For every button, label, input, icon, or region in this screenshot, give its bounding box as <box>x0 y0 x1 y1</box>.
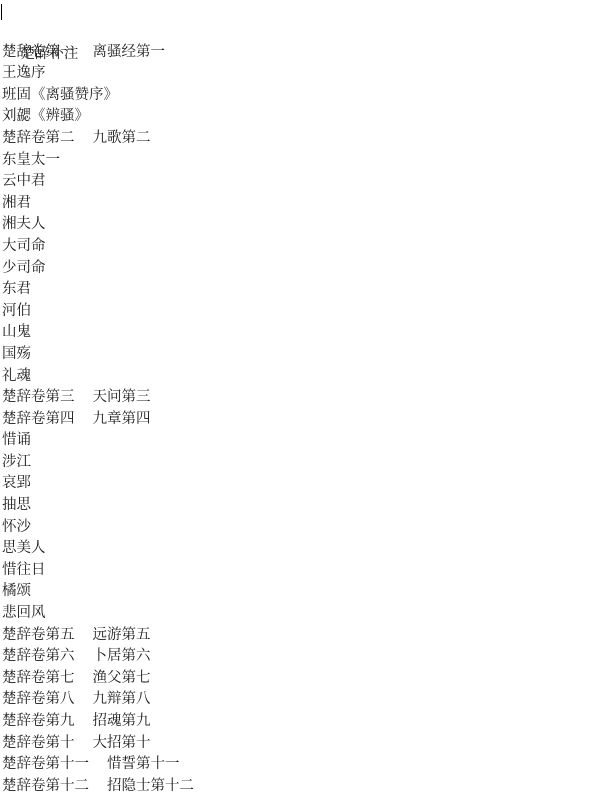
chapter-label: 离骚经第一 <box>93 44 166 60</box>
section-line[interactable]: 云中君 <box>2 171 600 193</box>
section-label: 刘勰《辨骚》 <box>2 108 89 124</box>
volume-heading-line[interactable]: 楚辞卷第六卜居第六 <box>2 646 600 668</box>
volume-label: 楚辞卷第六 <box>2 648 75 664</box>
chapter-label: 九章第四 <box>93 411 151 427</box>
section-line[interactable]: 山鬼 <box>2 322 600 344</box>
document-body[interactable]: 楚辞补注 楚辞卷第一离骚经第一王逸序班固《离骚赞序》刘勰《辨骚》楚辞卷第二九歌第… <box>0 0 600 797</box>
section-label: 抽思 <box>2 497 31 513</box>
section-label: 湘君 <box>2 195 31 211</box>
section-line[interactable]: 惜诵 <box>2 430 600 452</box>
section-line[interactable]: 东君 <box>2 279 600 301</box>
section-line[interactable]: 悲回风 <box>2 603 600 625</box>
section-label: 橘颂 <box>2 583 31 599</box>
section-label: 悲回风 <box>2 605 46 621</box>
volume-heading-line[interactable]: 楚辞卷第十二招隐士第十二 <box>2 776 600 798</box>
section-label: 少司命 <box>2 260 46 276</box>
volume-heading-line[interactable]: 楚辞卷第七渔父第七 <box>2 668 600 690</box>
volume-heading-line[interactable]: 楚辞卷第八九辩第八 <box>2 689 600 711</box>
section-label: 班固《离骚赞序》 <box>2 87 118 103</box>
volume-label: 楚辞卷第十二 <box>2 778 89 794</box>
section-label: 国殇 <box>2 346 31 362</box>
section-line[interactable]: 东皇太一 <box>2 150 600 172</box>
section-line[interactable]: 大司命 <box>2 236 600 258</box>
section-label: 云中君 <box>2 173 46 189</box>
section-label: 哀郢 <box>2 475 31 491</box>
section-label: 东君 <box>2 281 31 297</box>
section-line[interactable]: 怀沙 <box>2 517 600 539</box>
chapter-label: 惜誓第十一 <box>107 756 180 772</box>
volume-heading-line[interactable]: 楚辞卷第一离骚经第一 <box>2 42 600 64</box>
section-label: 惜往日 <box>2 562 46 578</box>
section-label: 东皇太一 <box>2 152 60 168</box>
section-line[interactable]: 班固《离骚赞序》 <box>2 85 600 107</box>
section-label: 王逸序 <box>2 65 46 81</box>
section-line[interactable]: 刘勰《辨骚》 <box>2 106 600 128</box>
section-line[interactable]: 涉江 <box>2 452 600 474</box>
volume-heading-line[interactable]: 楚辞卷第五远游第五 <box>2 625 600 647</box>
volume-heading-line[interactable]: 楚辞卷第十大招第十 <box>2 733 600 755</box>
volume-label: 楚辞卷第十 <box>2 735 75 751</box>
toc-lines: 楚辞卷第一离骚经第一王逸序班固《离骚赞序》刘勰《辨骚》楚辞卷第二九歌第二东皇太一… <box>2 42 600 798</box>
chapter-label: 渔父第七 <box>93 670 151 686</box>
blank-line <box>2 23 600 42</box>
chapter-label: 招魂第九 <box>93 713 151 729</box>
section-line[interactable]: 少司命 <box>2 258 600 280</box>
section-line[interactable]: 湘君 <box>2 193 600 215</box>
volume-label: 楚辞卷第五 <box>2 627 75 643</box>
volume-label: 楚辞卷第一 <box>2 44 75 60</box>
chapter-label: 大招第十 <box>93 735 151 751</box>
chapter-label: 招隐士第十二 <box>107 778 194 794</box>
section-label: 礼魂 <box>2 368 31 384</box>
volume-heading-line[interactable]: 楚辞卷第三天问第三 <box>2 387 600 409</box>
volume-label: 楚辞卷第九 <box>2 713 75 729</box>
chapter-label: 九辩第八 <box>93 691 151 707</box>
volume-heading-line[interactable]: 楚辞卷第二九歌第二 <box>2 128 600 150</box>
volume-heading-line[interactable]: 楚辞卷第十一惜誓第十一 <box>2 754 600 776</box>
section-label: 思美人 <box>2 540 46 556</box>
section-line[interactable]: 礼魂 <box>2 366 600 388</box>
section-line[interactable]: 河伯 <box>2 301 600 323</box>
document-title-line[interactable]: 楚辞补注 <box>2 1 600 23</box>
section-line[interactable]: 抽思 <box>2 495 600 517</box>
section-line[interactable]: 橘颂 <box>2 581 600 603</box>
section-line[interactable]: 王逸序 <box>2 63 600 85</box>
section-line[interactable]: 思美人 <box>2 538 600 560</box>
volume-heading-line[interactable]: 楚辞卷第九招魂第九 <box>2 711 600 733</box>
section-line[interactable]: 湘夫人 <box>2 214 600 236</box>
section-label: 怀沙 <box>2 519 31 535</box>
volume-label: 楚辞卷第三 <box>2 389 75 405</box>
section-line[interactable]: 国殇 <box>2 344 600 366</box>
chapter-label: 远游第五 <box>93 627 151 643</box>
section-label: 大司命 <box>2 238 46 254</box>
chapter-label: 九歌第二 <box>93 130 151 146</box>
chapter-label: 卜居第六 <box>93 648 151 664</box>
volume-heading-line[interactable]: 楚辞卷第四九章第四 <box>2 409 600 431</box>
volume-label: 楚辞卷第八 <box>2 691 75 707</box>
section-label: 涉江 <box>2 454 31 470</box>
text-caret <box>1 4 2 20</box>
volume-label: 楚辞卷第十一 <box>2 756 89 772</box>
volume-label: 楚辞卷第二 <box>2 130 75 146</box>
volume-label: 楚辞卷第七 <box>2 670 75 686</box>
section-label: 湘夫人 <box>2 216 46 232</box>
section-line[interactable]: 惜往日 <box>2 560 600 582</box>
volume-label: 楚辞卷第四 <box>2 411 75 427</box>
section-line[interactable]: 哀郢 <box>2 473 600 495</box>
section-label: 山鬼 <box>2 324 31 340</box>
section-label: 河伯 <box>2 303 31 319</box>
chapter-label: 天问第三 <box>93 389 151 405</box>
section-label: 惜诵 <box>2 432 31 448</box>
